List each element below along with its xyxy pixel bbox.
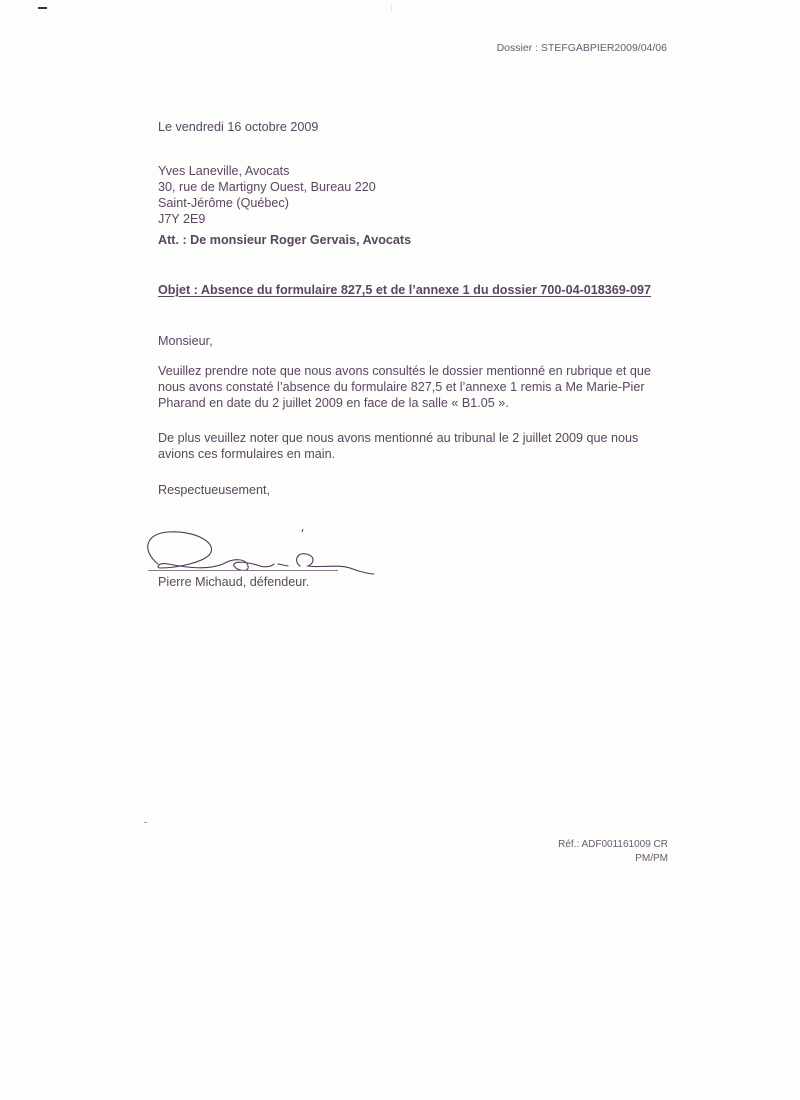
dossier-reference: Dossier : STEFGABPIER2009/04/06: [497, 42, 667, 54]
recipient-postal-code: J7Y 2E9: [158, 211, 376, 227]
letter-page: ⁝ Dossier : STEFGABPIER2009/04/06 Le ven…: [0, 0, 800, 1100]
body-paragraph-2: De plus veuillez noter que nous avons me…: [158, 430, 638, 462]
paragraph-line: avions ces formulaires en main.: [158, 446, 638, 462]
initials: PM/PM: [558, 852, 668, 866]
paragraph-line: Pharand en date du 2 juillet 2009 en fac…: [158, 395, 651, 411]
salutation: Monsieur,: [158, 333, 213, 349]
letter-date: Le vendredi 16 octobre 2009: [158, 119, 318, 135]
recipient-street: 30, rue de Martigny Ouest, Bureau 220: [158, 179, 376, 195]
signature-line: [148, 570, 338, 571]
closing: Respectueusement,: [158, 482, 270, 498]
attention-line: Att. : De monsieur Roger Gervais, Avocat…: [158, 232, 411, 248]
body-paragraph-1: Veuillez prendre note que nous avons con…: [158, 363, 651, 411]
scan-mark: [144, 822, 147, 823]
scan-speck: ⁝: [390, 4, 398, 16]
signatory-name: Pierre Michaud, défendeur.: [158, 574, 309, 590]
footer-reference: Réf.: ADF001161009 CR PM/PM: [558, 838, 668, 866]
paragraph-line: nous avons constaté l’absence du formula…: [158, 379, 651, 395]
reference-number: Réf.: ADF001161009 CR: [558, 838, 668, 852]
paragraph-line: De plus veuillez noter que nous avons me…: [158, 430, 638, 446]
recipient-address: Yves Laneville, Avocats 30, rue de Marti…: [158, 163, 376, 227]
recipient-city: Saint-Jérôme (Québec): [158, 195, 376, 211]
scan-mark: [38, 7, 47, 9]
subject-line: Objet : Absence du formulaire 827,5 et d…: [158, 282, 651, 298]
paragraph-line: Veuillez prendre note que nous avons con…: [158, 363, 651, 379]
recipient-name: Yves Laneville, Avocats: [158, 163, 376, 179]
